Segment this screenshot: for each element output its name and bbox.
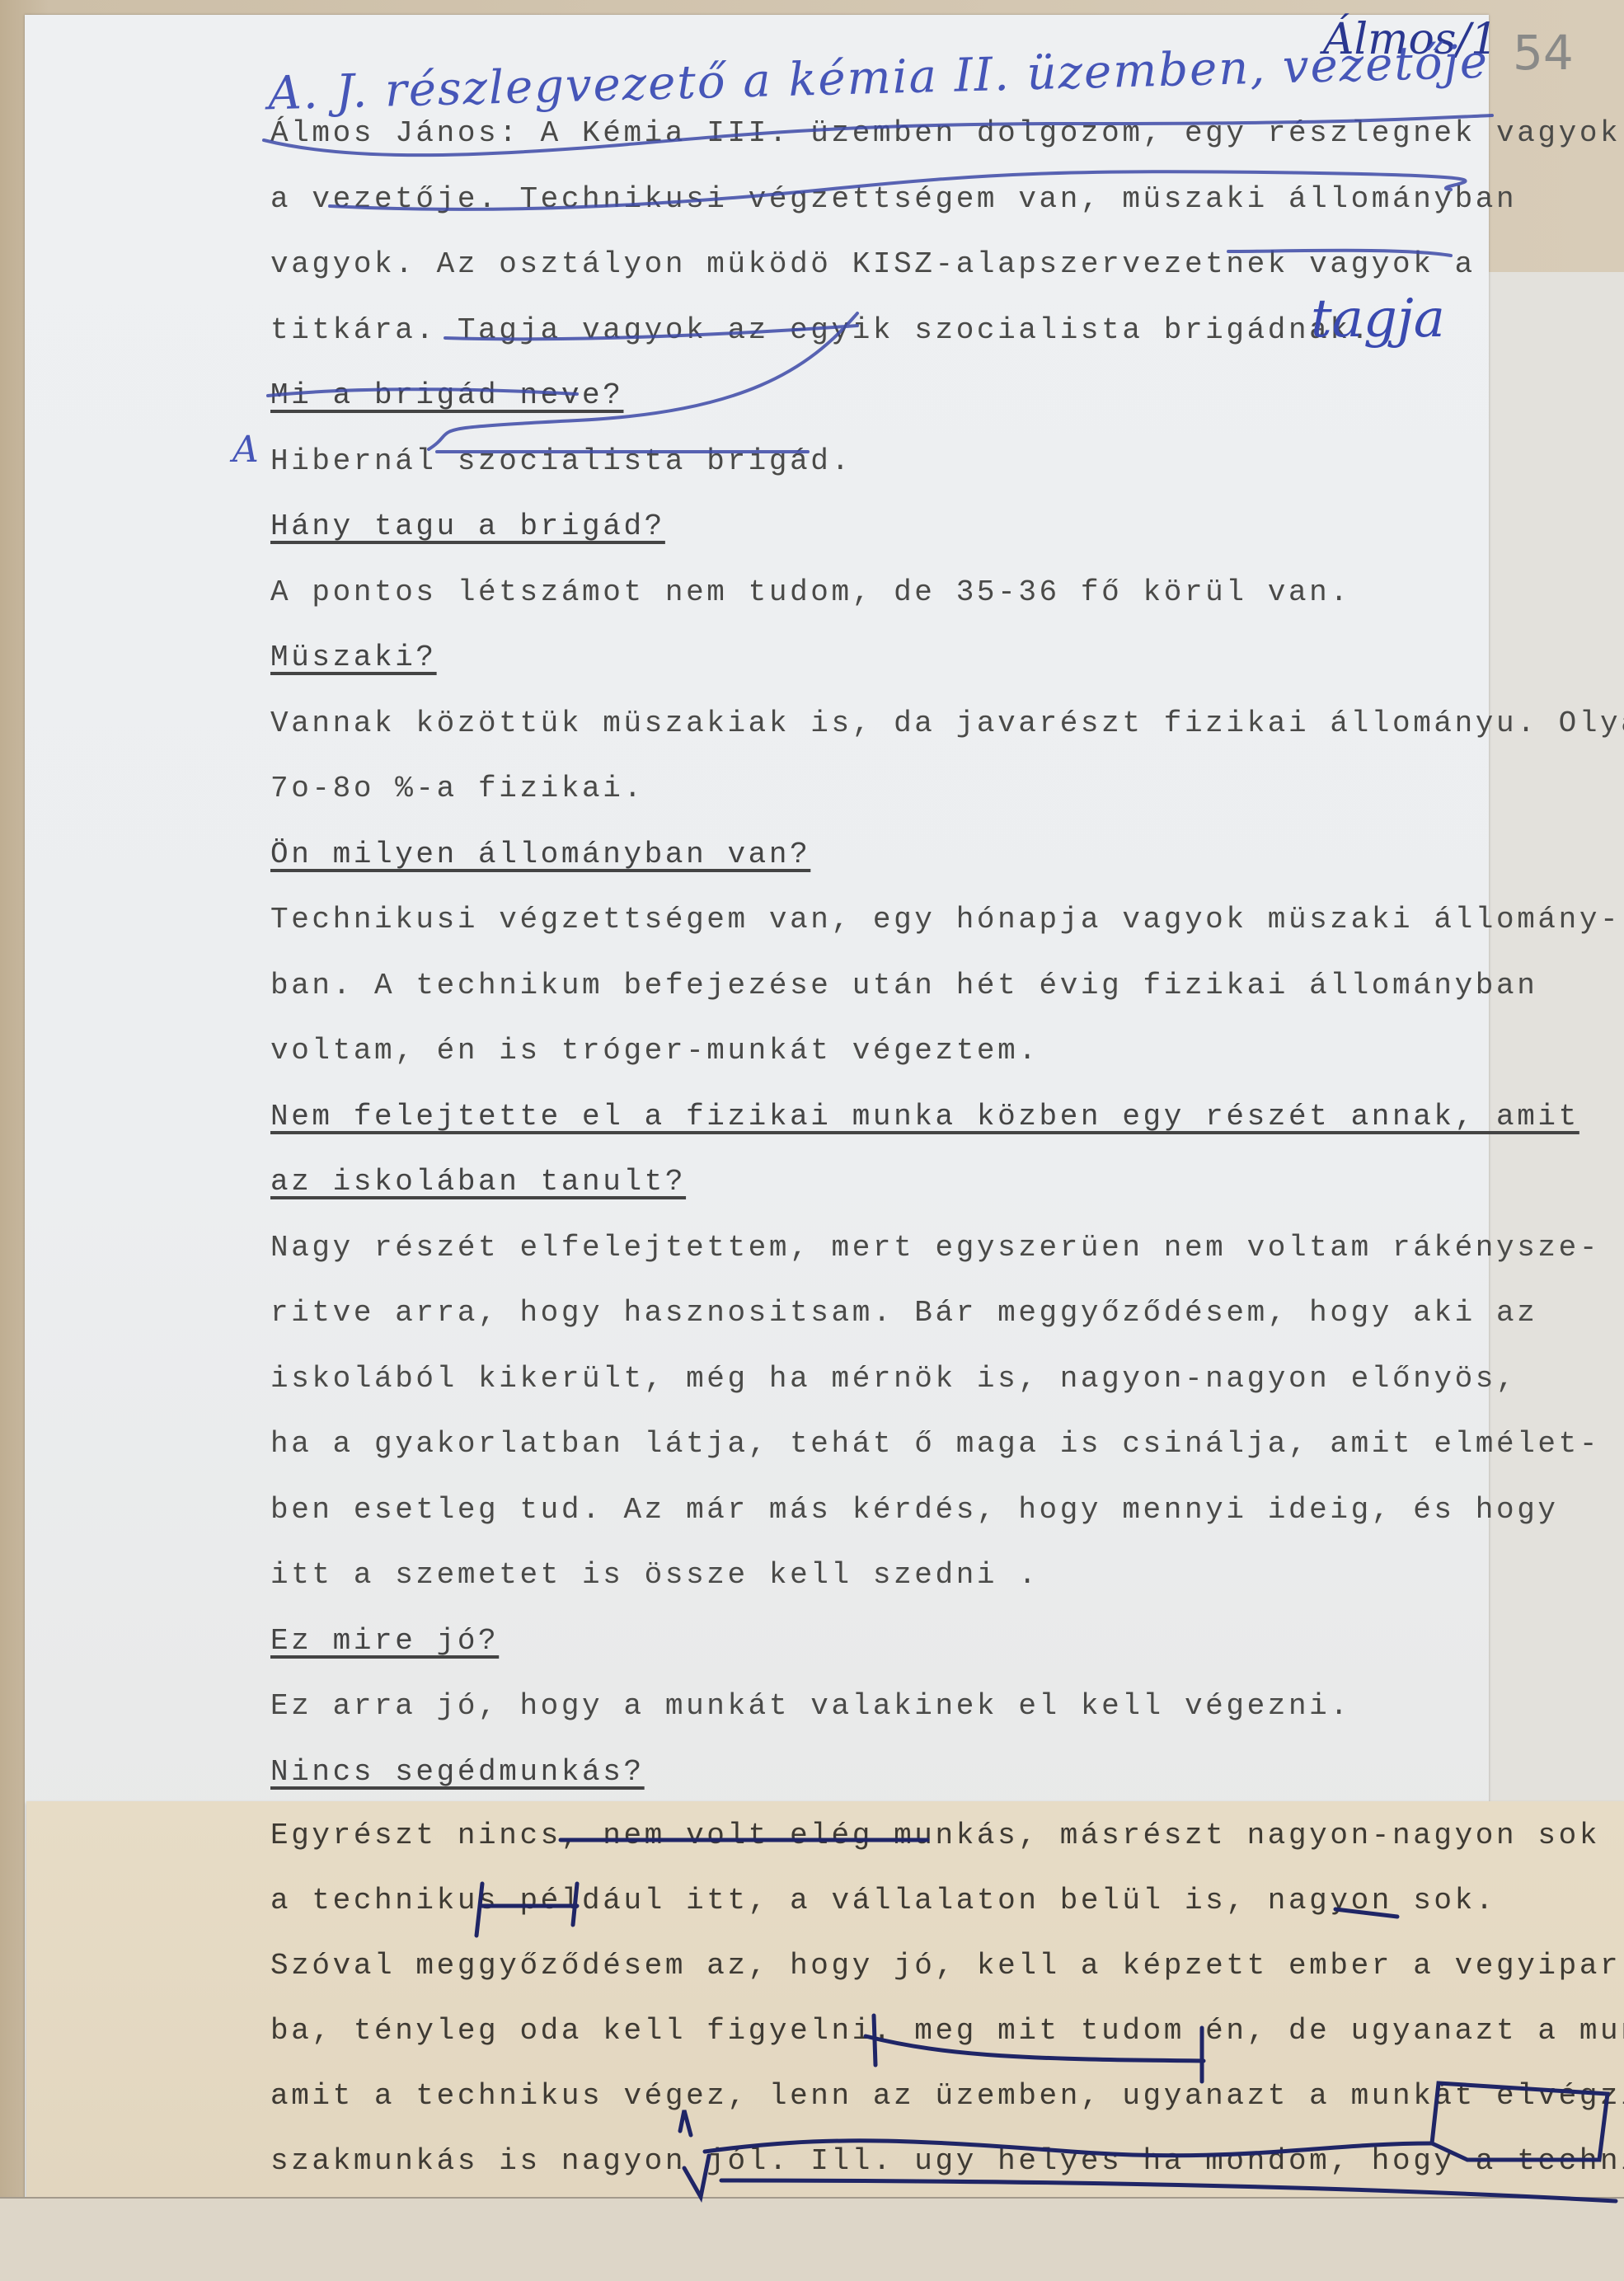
slip-line: a technikus például itt, a vállalaton be… (270, 1883, 1496, 1919)
annotation-a-marker: A (232, 429, 259, 471)
page-number: 54 (1513, 25, 1574, 81)
question-line: Nem felejtette el a fizikai munka közben… (270, 1099, 1579, 1135)
answer-line: Nagy részét elfelejtettem, mert egyszerü… (270, 1230, 1600, 1266)
answer-line: vagyok. Az osztályon müködö KISZ-alapsze… (270, 246, 1476, 283)
answer-line: itt a szemetet is össze kell szedni . (270, 1557, 1040, 1593)
question-line: Hány tagu a brigád? (270, 509, 665, 545)
question-line: Ön milyen állományban van? (270, 837, 810, 873)
pasted-slip: Egyrészt nincs, nem volt elég munkás, má… (26, 1801, 1624, 2197)
answer-line: ben esetleg tud. Az már más kérdés, hogy… (270, 1492, 1559, 1528)
slip-line: amit a technikus végez, lenn az üzemben,… (270, 2078, 1624, 2114)
slip-line: ba, tényleg oda kell figyelni. meg mit t… (270, 2013, 1624, 2049)
answer-line: iskolából kikerült, még ha mérnök is, na… (270, 1361, 1517, 1397)
slip-line: Szóval meggyőződésem az, hogy jó, kell a… (270, 1948, 1624, 1984)
question-line: Mi a brigád neve? (270, 378, 623, 414)
answer-line: a vezetője. Technikusi végzettségem van,… (270, 181, 1517, 218)
answer-line: Álmos János: A Kémia III. üzemben dolgoz… (270, 115, 1621, 152)
answer-line: A pontos létszámot nem tudom, de 35-36 f… (270, 575, 1351, 611)
answer-line: Ez arra jó, hogy a munkát valakinek el k… (270, 1688, 1351, 1725)
answer-line: ha a gyakorlatban látja, tehát ő maga is… (270, 1426, 1600, 1462)
question-line: Nincs segédmunkás? (270, 1754, 645, 1791)
question-line: Ez mire jó? (270, 1623, 499, 1659)
answer-line: Technikusi végzettségem van, egy hónapja… (270, 902, 1621, 938)
slip-line: szakmunkás is nagyon jól. Ill. ugy helye… (270, 2143, 1624, 2180)
answer-line: titkára. Tagja vagyok az egyik szocialis… (270, 312, 1372, 349)
annotation-tagja: tagja (1311, 289, 1445, 350)
lower-sheet-edge (0, 2197, 1624, 2281)
answer-line: Hibernál szocialista brigád. (270, 444, 852, 480)
question-line: az iskolában tanult? (270, 1164, 686, 1200)
slip-line: Egyrészt nincs, nem volt elég munkás, má… (270, 1818, 1600, 1854)
answer-line: Vannak közöttük müszakiak is, da javarés… (270, 706, 1624, 742)
answer-line: voltam, én is tróger-munkát végeztem. (270, 1033, 1040, 1069)
question-line: Müszaki? (270, 640, 437, 676)
answer-line: ritve arra, hogy hasznositsam. Bár meggy… (270, 1295, 1537, 1331)
answer-line: ban. A technikum befejezése után hét évi… (270, 968, 1537, 1004)
answer-line: 7o-8o %-a fizikai. (270, 771, 645, 807)
